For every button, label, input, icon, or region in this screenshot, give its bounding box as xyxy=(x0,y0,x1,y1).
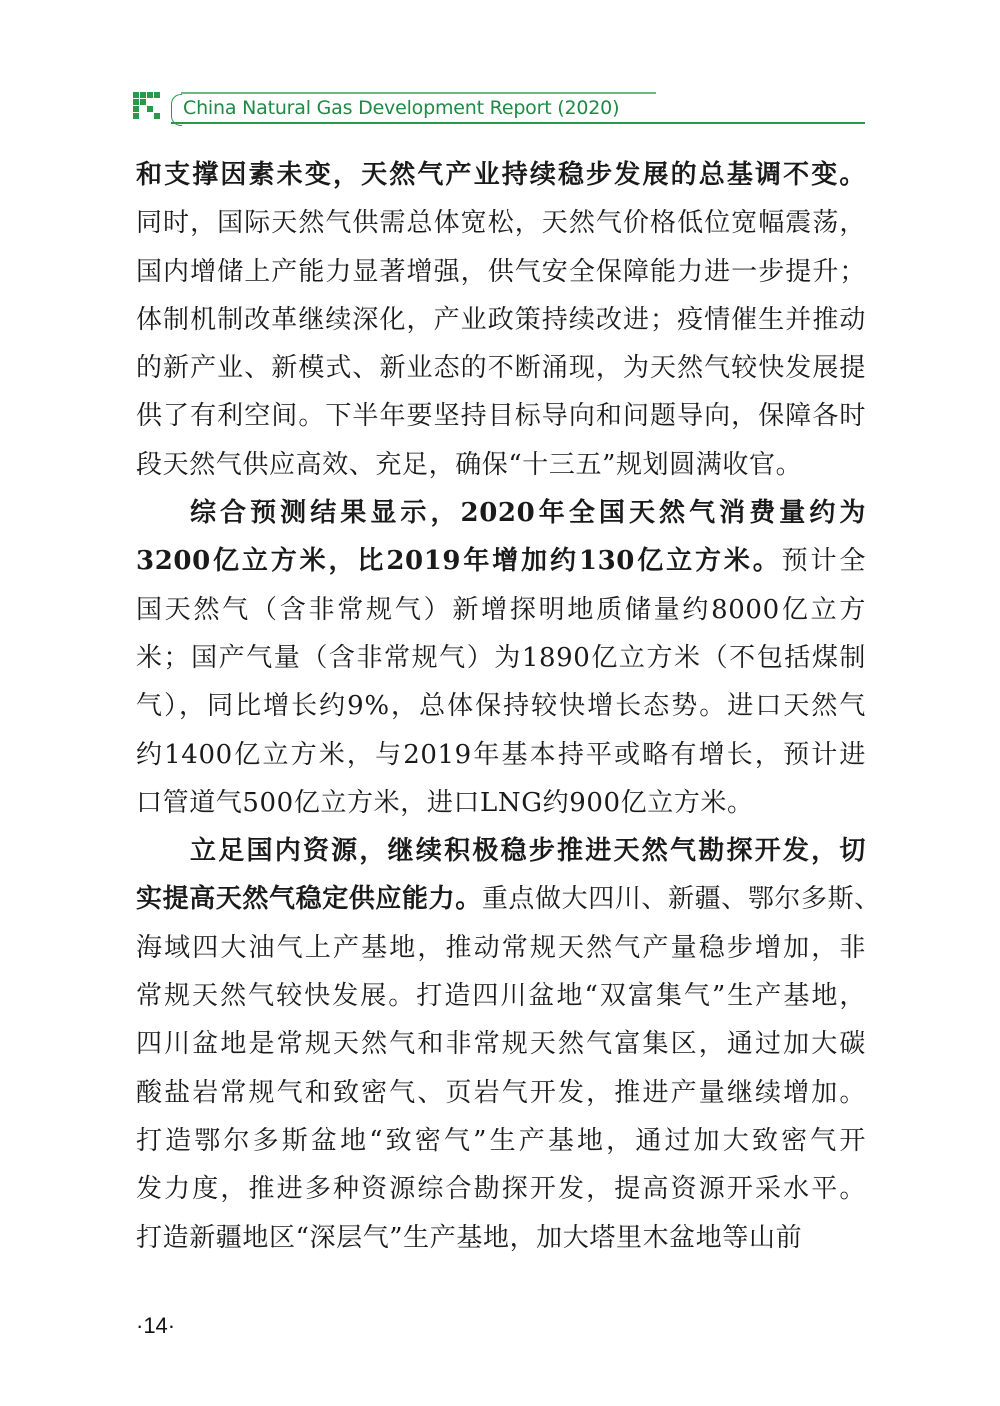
text: 约1400亿立方米，与2019年基本持平或略有增长，预计进 xyxy=(136,740,866,770)
text: 国内增储上产能力显著增强，供气安全保障能力进一步提升； xyxy=(136,257,866,287)
text: 气），同比增长约9%，总体保持较快增长态势。进口天然气 xyxy=(136,691,866,721)
bold-text: 综合预测结果显示，2020年全国天然气消费量约为 xyxy=(190,498,866,528)
text: 国天然气（含非常规气）新增探明地质储量约8000亿立方 xyxy=(136,595,866,625)
text: 口管道气500亿立方米，进口LNG约900亿立方米。 xyxy=(136,788,754,818)
text: 发力度，推进多种资源综合勘探开发，提高资源开采水平。 xyxy=(136,1174,866,1204)
header-title: China Natural Gas Development Report (20… xyxy=(183,93,619,123)
text-line: 同时，国际天然气供需总体宽松，天然气价格低位宽幅震荡， xyxy=(136,199,866,247)
bold-text: 实提高天然气稳定供应能力。 xyxy=(136,884,482,914)
text-line: 和支撑因素未变，天然气产业持续稳步发展的总基调不变。 xyxy=(136,151,866,199)
text-line: 国天然气（含非常规气）新增探明地质储量约8000亿立方 xyxy=(136,586,866,634)
text: 段天然气供应高效、充足，确保“十三五”规划圆满收官。 xyxy=(136,450,802,480)
text-line: 约1400亿立方米，与2019年基本持平或略有增长，预计进 xyxy=(136,731,866,779)
text-line: 气），同比增长约9%，总体保持较快增长态势。进口天然气 xyxy=(136,682,866,730)
text-line: 国内增储上产能力显著增强，供气安全保障能力进一步提升； xyxy=(136,248,866,296)
body-text: 和支撑因素未变，天然气产业持续稳步发展的总基调不变。同时，国际天然气供需总体宽松… xyxy=(136,151,866,1262)
text: 四川盆地是常规天然气和非常规天然气富集区，通过加大碳 xyxy=(136,1029,866,1059)
page-number: ·14· xyxy=(136,1313,175,1339)
text-line: 立足国内资源，继续积极稳步推进天然气勘探开发，切 xyxy=(136,827,866,875)
text-line: 段天然气供应高效、充足，确保“十三五”规划圆满收官。 xyxy=(136,441,866,489)
text: 海域四大油气上产基地，推动常规天然气产量稳步增加，非 xyxy=(136,933,866,963)
text: 米；国产气量（含非常规气）为1890亿立方米（不包括煤制 xyxy=(136,643,866,673)
text-line: 酸盐岩常规气和致密气、页岩气开发，推进产量继续增加。 xyxy=(136,1069,866,1117)
text-line: 综合预测结果显示，2020年全国天然气消费量约为 xyxy=(136,489,866,537)
text: 打造新疆地区“深层气”生产基地，加大塔里木盆地等山前 xyxy=(136,1223,802,1253)
text: 预计全 xyxy=(782,546,866,576)
text-line: 供了有利空间。下半年要坚持目标导向和问题导向，保障各时 xyxy=(136,392,866,440)
text-line: 3200亿立方米，比2019年增加约130亿立方米。预计全 xyxy=(136,537,866,585)
text: 酸盐岩常规气和致密气、页岩气开发，推进产量继续增加。 xyxy=(136,1078,866,1108)
text-line: 打造鄂尔多斯盆地“致密气”生产基地，通过加大致密气开 xyxy=(136,1117,866,1165)
running-header: China Natural Gas Development Report (20… xyxy=(133,90,865,130)
report-logo-icon xyxy=(133,92,163,122)
text-line: 口管道气500亿立方米，进口LNG约900亿立方米。 xyxy=(136,779,866,827)
text-line: 体制机制改革继续深化，产业政策持续改进；疫情催生并推动 xyxy=(136,296,866,344)
text-line: 海域四大油气上产基地，推动常规天然气产量稳步增加，非 xyxy=(136,924,866,972)
paragraph: 和支撑因素未变，天然气产业持续稳步发展的总基调不变。同时，国际天然气供需总体宽松… xyxy=(136,151,866,489)
text: 的新产业、新模式、新业态的不断涌现，为天然气较快发展提 xyxy=(136,353,866,383)
paragraph: 综合预测结果显示，2020年全国天然气消费量约为3200亿立方米，比2019年增… xyxy=(136,489,866,827)
text-line: 的新产业、新模式、新业态的不断涌现，为天然气较快发展提 xyxy=(136,344,866,392)
text: 同时，国际天然气供需总体宽松，天然气价格低位宽幅震荡， xyxy=(136,208,866,238)
bold-text: 和支撑因素未变，天然气产业持续稳步发展的总基调不变。 xyxy=(136,160,866,190)
text-line: 米；国产气量（含非常规气）为1890亿立方米（不包括煤制 xyxy=(136,634,866,682)
text: 常规天然气较快发展。打造四川盆地“双富集气”生产基地， xyxy=(136,981,866,1011)
text-line: 四川盆地是常规天然气和非常规天然气富集区，通过加大碳 xyxy=(136,1020,866,1068)
text-line: 发力度，推进多种资源综合勘探开发，提高资源开采水平。 xyxy=(136,1165,866,1213)
paragraph: 立足国内资源，继续积极稳步推进天然气勘探开发，切实提高天然气稳定供应能力。重点做… xyxy=(136,827,866,1262)
text-line: 打造新疆地区“深层气”生产基地，加大塔里木盆地等山前 xyxy=(136,1214,866,1262)
text-line: 常规天然气较快发展。打造四川盆地“双富集气”生产基地， xyxy=(136,972,866,1020)
bold-text: 立足国内资源，继续积极稳步推进天然气勘探开发，切 xyxy=(190,836,866,866)
text-line: 实提高天然气稳定供应能力。重点做大四川、新疆、鄂尔多斯、 xyxy=(136,875,866,923)
bold-text: 3200亿立方米，比2019年增加约130亿立方米。 xyxy=(136,546,782,576)
text: 供了有利空间。下半年要坚持目标导向和问题导向，保障各时 xyxy=(136,401,866,431)
text: 重点做大四川、新疆、鄂尔多斯、 xyxy=(482,884,881,914)
text: 打造鄂尔多斯盆地“致密气”生产基地，通过加大致密气开 xyxy=(136,1126,866,1156)
header-title-text: China Natural Gas Development Report (20… xyxy=(183,97,619,119)
text: 体制机制改革继续深化，产业政策持续改进；疫情催生并推动 xyxy=(136,305,866,335)
